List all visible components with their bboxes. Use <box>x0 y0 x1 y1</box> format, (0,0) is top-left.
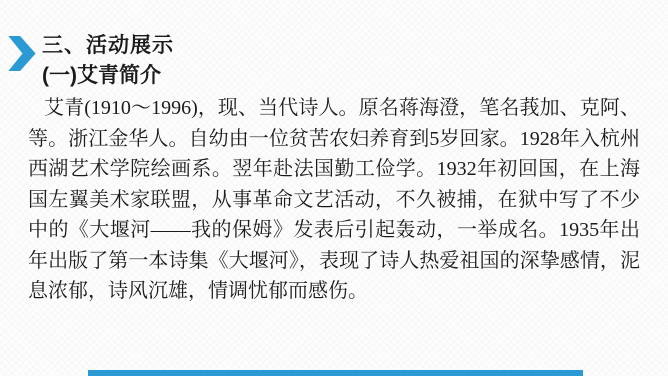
body-line: 国左翼美术家联盟，从事革命文艺活动，不久被捕，在狱中写了不少诗，其 <box>28 185 640 216</box>
body-line: 等。浙江金华人。自幼由一位贫苦农妇养育到5岁回家。1928年入杭州国立 <box>28 124 640 155</box>
body-line: 息浓郁，诗风沉雄，情调忧郁而感伤。 <box>28 276 640 307</box>
footer-accent-bar <box>88 370 583 376</box>
body-line: 中的《大堰河——我的保姆》发表后引起轰动，一举成名。1935年出狱，翌 <box>28 215 640 246</box>
subsection-title: (一)艾青简介 <box>42 63 161 89</box>
bio-paragraph: 艾青(1910～1996)，现、当代诗人。原名蒋海澄，笔名莪加、克阿、林壁等。浙… <box>28 93 640 307</box>
body-line: 年出版了第一本诗集《大堰河》，表现了诗人热爱祖国的深挚感情，泥土气 <box>28 246 640 277</box>
presentation-slide: 三、活动展示 (一)艾青简介 艾青(1910～1996)，现、当代诗人。原名蒋海… <box>0 0 668 376</box>
section-title: 三、活动展示 <box>42 33 174 59</box>
body-line: 艾青(1910～1996)，现、当代诗人。原名蒋海澄，笔名莪加、克阿、林壁 <box>28 93 640 124</box>
body-line: 西湖艺术学院绘画系。翌年赴法国勤工俭学。1932年初回国，在上海加入中 <box>28 154 640 185</box>
chevron-bullet-icon <box>8 36 36 71</box>
